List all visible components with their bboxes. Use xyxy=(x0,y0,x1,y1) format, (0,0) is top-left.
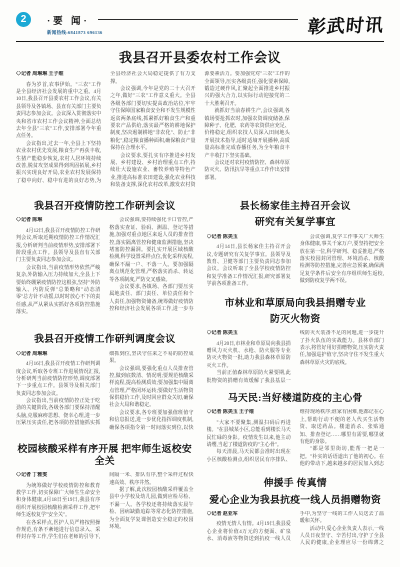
body-paragraph: 4月16日,我县召开疫情工作研判调度会议,听取各专班工作进展情况汇报,分析研判当… xyxy=(16,361,100,398)
body-paragraph: 就抓好当前春耕生产,会议强调,各镇场要抢抓农时,加强农资调度储备,保障种子、化肥… xyxy=(205,108,290,160)
news-hotline: 新闻热线:6841873 696136 xyxy=(47,30,308,36)
header-rule xyxy=(98,19,298,20)
article-headline-line2: 研究有关复学事宜 xyxy=(207,217,385,229)
lead-headline: 我县召开县委农村工作会议 xyxy=(16,50,384,66)
article-campus-testing: 校园核酸采样有序开展 把牢师生返校安全关 ◇记者 丁雅雯 为统筹做好学校疫情防控… xyxy=(16,444,194,552)
article-lead: 我县召开县委农村工作会议 ◇记者 周琳琳 王子维 春为岁首,农事伊始。"三农"工… xyxy=(16,50,384,191)
body-paragraph: 为统筹做好学校疫情防控和教育教学工作,切实保障广大师生生命安全和身体健康,4月1… xyxy=(16,483,100,520)
header-divider xyxy=(16,41,384,42)
article-headline-line2: 防灭火物资 xyxy=(207,314,385,326)
article-body: ◇记者 陈琳 4月12日,我县召开疫情防控工作研判会议,听取近期疫情防控工作情况… xyxy=(16,217,194,327)
left-column: 我县召开疫情防控工作研判会议 ◇记者 陈琳 4月12日,我县召开疫情防控工作研判… xyxy=(16,198,194,562)
article-school-reopening-meeting: 县长杨家佳主持召开会议 研究有关复学事宜 ◇记者 陈美玉 4月14日,县长杨家佳… xyxy=(207,201,385,290)
article-fire-supplies-donation: 市林业和草原局向我县捐赠专业 防灭火物资 ◇记者 陈美玉 4月20日,市林业和草… xyxy=(207,298,385,386)
body-paragraph: 春为岁首,农事伊始。"三农"工作是全县经济社会发展的重中之重。4月10日,我县召… xyxy=(16,82,101,141)
body-paragraph: 会议强调,今年是党的二十大召开之年,做好"三农"工作意义重大。全县各级各部门要切… xyxy=(110,86,195,153)
article-byline: ◇记者 丁雅雯 xyxy=(16,472,100,479)
body-paragraph: "大家不要聚集,测温扫码后再进楼。"在县城某小区,总能看到楼长马天民忙碌的身影。… xyxy=(207,420,291,450)
article-byline: ◇记者 陈美玉 xyxy=(207,330,291,337)
article-body: ◇记者 陈美玉 王子维 "大家不要聚集,测温扫码后再进楼。"在县城某小区,总能看… xyxy=(207,409,385,471)
body-paragraph: 会议强调,要强化重点人员排查管控,做到底数清、情况明;要规范核酸采样流程,提高检… xyxy=(109,366,193,410)
right-column: 县长杨家佳主持召开会议 研究有关复学事宜 ◇记者 陈美玉 4月14日,县长杨家佳… xyxy=(207,198,385,562)
article-headline-line1: 伸援手 传真情 xyxy=(207,478,385,490)
page-header: 2 ·要 闻· 新闻热线:6841873 696136 彰武时讯 xyxy=(16,11,384,38)
article-headline: 我县召开疫情工作研判调度会议 xyxy=(16,334,194,346)
header-row: 2 ·要 闻· xyxy=(16,11,308,28)
article-headline: 马天民:当好楼道防疫的主心骨 xyxy=(207,393,385,405)
article-byline: ◇记者 周琳琳 xyxy=(16,351,100,358)
article-dispatch-meeting: 我县召开疫情工作研判调度会议 ◇记者 周琳琳 4月16日,我县召开疫情工作研判调… xyxy=(16,334,194,436)
body-paragraph: 会议指出,当前疫情形势依然严峻复杂,外防输入压力持续加大,全县上下要始终绷紧疫情… xyxy=(16,265,100,317)
article-headline: 校园核酸采样有序开展 把牢师生返校安全关 xyxy=(16,444,194,468)
article-body: ◇记者 赵亚军 疫情无情人有情。4月19日,我县爱心企业将价值4万元的方便面、矿… xyxy=(207,511,385,555)
body-paragraph: 据了解,此次校园核酸采样覆盖全县中小学校及幼儿园,做到应检尽检、不漏一人。各学校… xyxy=(109,487,193,531)
article-epidemic-research-meeting: 我县召开疫情防控工作研判会议 ◇记者 陈琳 4月12日,我县召开疫情防控工作研判… xyxy=(16,201,194,327)
lead-byline: ◇记者 周琳琳 王子维 xyxy=(16,71,101,78)
article-headline: 我县召开疫情防控工作研判会议 xyxy=(16,201,194,213)
article-body: ◇记者 丁雅雯 为统筹做好学校疫情防控和教育教学工作,切实保障广大师生生命安全和… xyxy=(16,472,194,552)
article-byline: ◇记者 陈美玉 xyxy=(207,234,291,241)
header-left: 2 ·要 闻· 新闻热线:6841873 696136 xyxy=(16,11,308,36)
article-byline: ◇记者 陈美玉 王子维 xyxy=(207,409,291,416)
body-paragraph: 会议强调,要持续强化卡口管控,严格落实查证、验码、测温、登记等措施,加强对重点地… xyxy=(109,217,193,284)
lower-section: 我县召开疫情防控工作研判会议 ◇记者 陈琳 4月12日,我县召开疫情防控工作研判… xyxy=(16,198,384,562)
masthead-title: 彰武时讯 xyxy=(307,11,386,39)
section-label: ·要 闻· xyxy=(47,13,90,27)
body-paragraph: 4月14日,县长杨家佳主持召开会议,专题研究有关复学事宜。县领导及教育、卫健等部… xyxy=(207,244,291,288)
article-headline-line2: 爱心企业为我县抗疫一线人员捐赠物资 xyxy=(207,495,385,507)
article-body: ◇记者 陈美玉 4月20日,市林业和草原局向我县捐赠风力灭火机、水枪、防火服等专… xyxy=(207,330,385,386)
body-paragraph: 会议还对农村疫情防控、森林草原防灭火、防汛抗旱等重点工作作出安排部署。 xyxy=(205,160,290,182)
body-paragraph: 4月20日,市林业和草原局向我县捐赠风力灭火机、水枪、防火服等专业防灭火物资一批… xyxy=(207,341,291,371)
article-byline: ◇记者 赵亚军 xyxy=(207,511,291,518)
article-headline-line1: 市林业和草原局向我县捐赠专业 xyxy=(207,298,385,310)
lead-article-body: ◇记者 周琳琳 王子维 春为岁首,农事伊始。"三农"工作是全县经济社会发展的重中… xyxy=(16,71,384,191)
article-body: ◇记者 周琳琳 4月16日,我县召开疫情工作研判调度会议,听取各专班工作进展情况… xyxy=(16,351,194,437)
newspaper-page: 2 ·要 闻· 新闻热线:6841873 696136 彰武时讯 我县召开县委农… xyxy=(0,0,400,567)
body-paragraph: 会议强调,复学工作事关广大师生身体健康,事关千家万户,要坚持把安全放在第一位,科… xyxy=(300,234,384,286)
page-number-badge: 2 xyxy=(16,12,31,27)
body-paragraph: 4月12日,我县召开疫情防控工作研判会议,听取近期疫情防控工作情况汇报,分析研判… xyxy=(16,228,100,265)
article-byline: ◇记者 陈琳 xyxy=(16,217,100,224)
article-volunteer-profile: 马天民:当好楼道防疫的主心骨 ◇记者 陈美玉 王子维 "大家不要聚集,测温扫码后… xyxy=(207,393,385,471)
article-headline-line1: 县长杨家佳主持召开会议 xyxy=(207,201,385,213)
article-body: ◇记者 陈美玉 4月14日,县长杨家佳主持召开会议,专题研究有关复学事宜。县领导… xyxy=(207,234,385,291)
article-enterprise-donation: 伸援手 传真情 爱心企业为我县抗疫一线人员捐赠物资 ◇记者 赵亚军 疫情无情人有… xyxy=(207,478,385,554)
